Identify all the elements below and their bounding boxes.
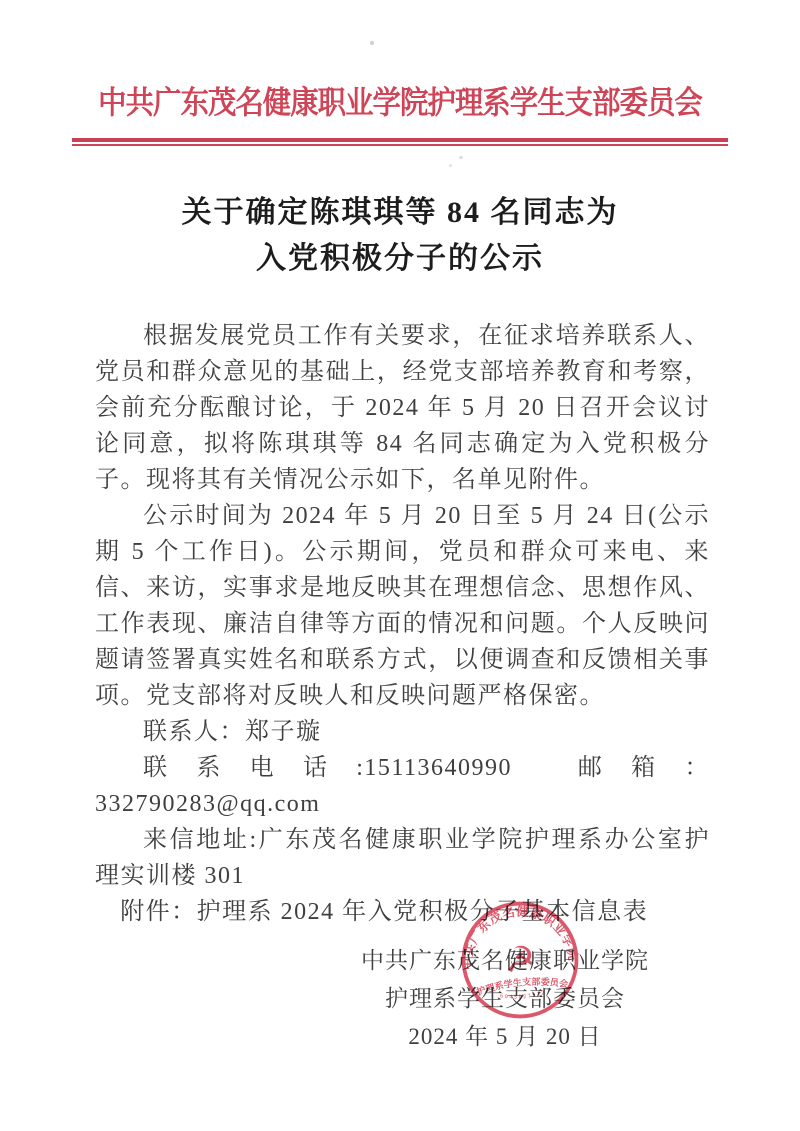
scan-speck	[449, 164, 452, 167]
mail-address-line: 来信地址:广东茂名健康职业学院护理系办公室护理实训楼 301	[95, 822, 710, 894]
scan-speck	[459, 156, 463, 159]
signature-org-line1: 中共广东茂名健康职业学院	[325, 942, 685, 980]
letterhead-org-name: 中共广东茂名健康职业学院护理系学生支部委员会	[8, 0, 792, 125]
signature-block: 中共广东茂名健康职业学院 护理系学生支部委员会 2024 年 5 月 20 日	[325, 942, 685, 1056]
document-body: 根据发展党员工作有关要求，在征求培养联系人、党员和群众意见的基础上，经党支部培养…	[95, 318, 710, 930]
letterhead-divider	[72, 138, 728, 146]
document-title: 关于确定陈琪琪等 84 名同志为 入党积极分子的公示	[0, 190, 800, 282]
paragraph-publicity-period: 公示时间为 2024 年 5 月 20 日至 5 月 24 日(公示期 5 个工…	[95, 498, 710, 714]
attachment-line: 附件：护理系 2024 年入党积极分子基本信息表	[95, 894, 710, 930]
scan-speck	[370, 41, 374, 45]
paragraph-basis: 根据发展党员工作有关要求，在征求培养联系人、党员和群众意见的基础上，经党支部培养…	[95, 318, 710, 498]
signature-org-line2: 护理系学生支部委员会	[325, 980, 685, 1018]
contact-phone: 联系电话:15113640990	[143, 755, 512, 781]
document-title-line1: 关于确定陈琪琪等 84 名同志为	[0, 190, 800, 236]
contact-person-line: 联系人：郑子璇	[95, 714, 710, 750]
signature-date: 2024 年 5 月 20 日	[325, 1018, 685, 1056]
contact-phone-email-line: 联系电话:15113640990邮箱：332790283@qq.com	[95, 750, 710, 822]
document-page: 中共广东茂名健康职业学院护理系学生支部委员会 关于确定陈琪琪等 84 名同志为 …	[0, 0, 800, 1131]
document-title-line2: 入党积极分子的公示	[0, 236, 800, 282]
